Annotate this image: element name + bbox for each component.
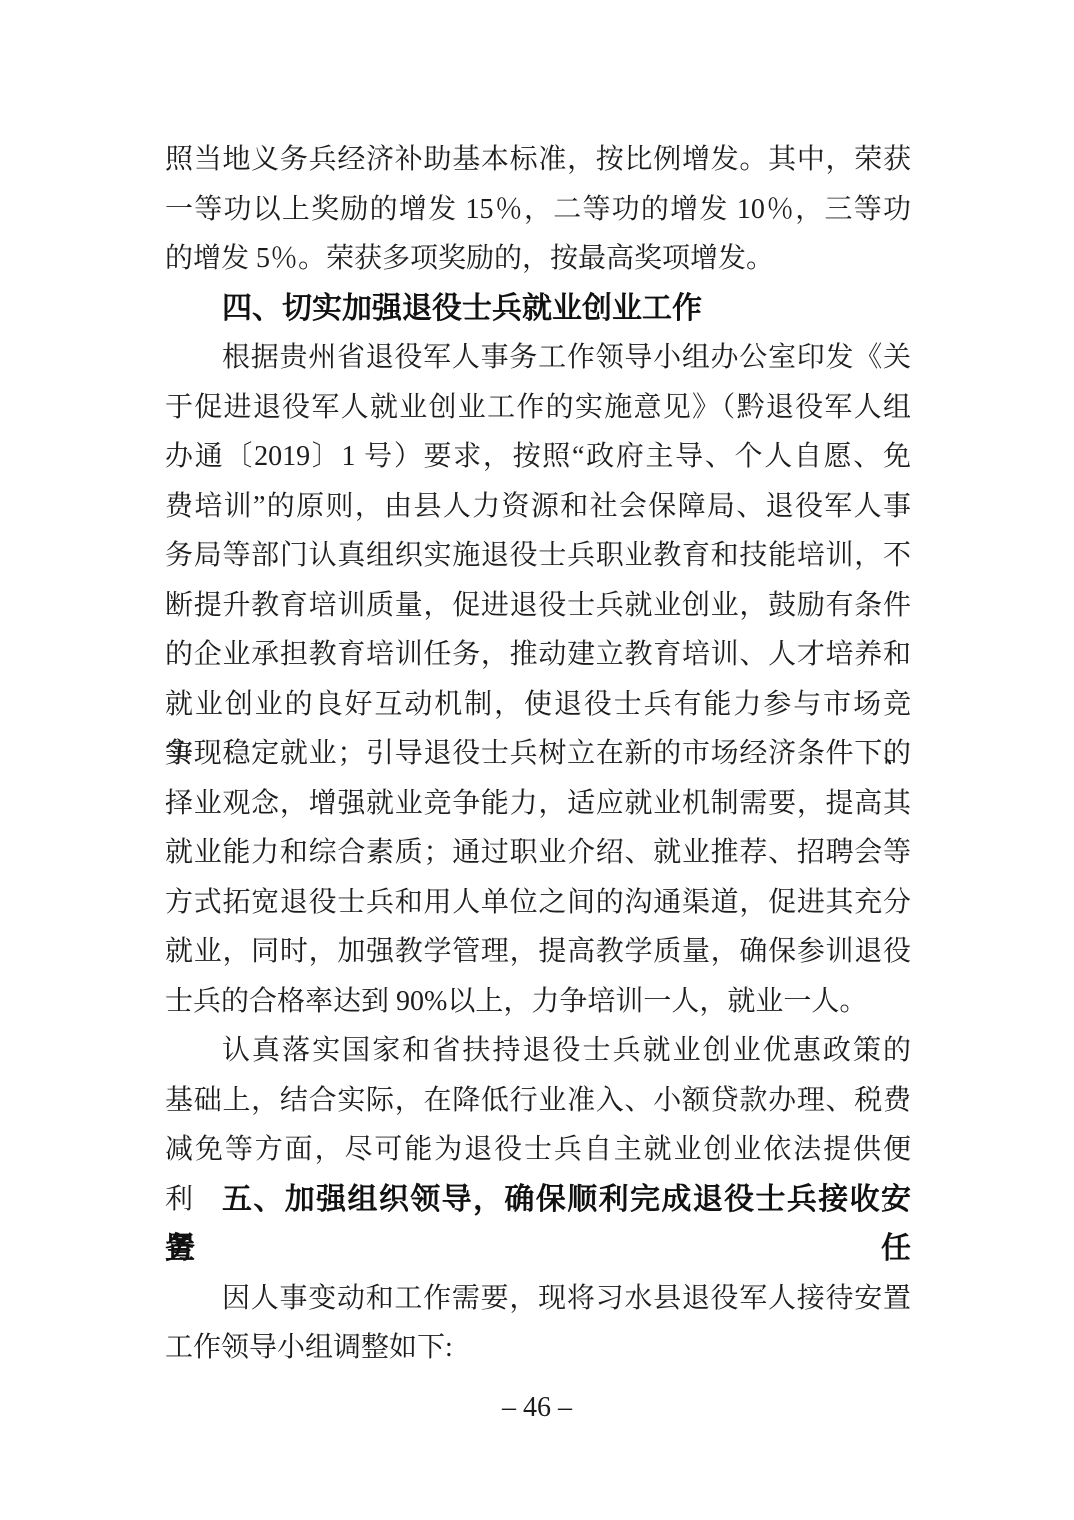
section-heading-line: 四、切实加强退役士兵就业创业工作 [165, 284, 911, 334]
text-line: 断提升教育培训质量，促进退役士兵就业创业，鼓励有条件 [165, 581, 911, 631]
text-line: 就业，同时，加强教学管理，提高教学质量，确保参训退役 [165, 927, 911, 977]
text-line: 认真落实国家和省扶持退役士兵就业创业优惠政策的 [165, 1026, 911, 1076]
text-line: 因人事变动和工作需要，现将习水县退役军人接待安置 [165, 1274, 911, 1324]
text-line: 根据贵州省退役军人事务工作领导小组办公室印发《关 [165, 333, 911, 383]
text-line: 的企业承担教育培训任务，推动建立教育培训、人才培养和 [165, 630, 911, 680]
text-line: 务局等部门认真组织实施退役士兵职业教育和技能培训，不 [165, 531, 911, 581]
section-heading-line: 五、加强组织领导，确保顺利完成退役士兵接收安置任 [165, 1175, 911, 1225]
text-line: 于促进退役军人就业创业工作的实施意见》（黔退役军人组 [165, 383, 911, 433]
text-line: 办通〔2019〕1 号）要求，按照“政府主导、个人自愿、免 [165, 432, 911, 482]
text-line: 的增发 5％。荣获多项奖励的，按最高奖项增发。 [165, 234, 911, 284]
text-line: 实现稳定就业；引导退役士兵树立在新的市场经济条件下的 [165, 729, 911, 779]
text-line: 照当地义务兵经济补助基本标准，按比例增发。其中，荣获 [165, 135, 911, 185]
text-line: 士兵的合格率达到 90%以上，力争培训一人，就业一人。 [165, 977, 911, 1027]
document-lines: 照当地义务兵经济补助基本标准，按比例增发。其中，荣获一等功以上奖励的增发 15％… [165, 135, 911, 1373]
text-line: 费培训”的原则，由县人力资源和社会保障局、退役军人事 [165, 482, 911, 532]
text-line: 就业能力和综合素质；通过职业介绍、就业推荐、招聘会等 [165, 828, 911, 878]
text-line: 减免等方面，尽可能为退役士兵自主就业创业依法提供便利。 [165, 1125, 911, 1175]
page-number: – 46 – [0, 1392, 1074, 1424]
text-line: 工作领导小组调整如下: [165, 1323, 911, 1373]
document-page: 照当地义务兵经济补助基本标准，按比例增发。其中，荣获一等功以上奖励的增发 15％… [0, 0, 1074, 1520]
text-line: 择业观念，增强就业竞争能力，适应就业机制需要，提高其 [165, 779, 911, 829]
text-line: 就业创业的良好互动机制，使退役士兵有能力参与市场竞争、 [165, 680, 911, 730]
text-line: 方式拓宽退役士兵和用人单位之间的沟通渠道，促进其充分 [165, 878, 911, 928]
text-line: 基础上，结合实际，在降低行业准入、小额贷款办理、税费 [165, 1076, 911, 1126]
text-line: 一等功以上奖励的增发 15％，二等功的增发 10％，三等功 [165, 185, 911, 235]
